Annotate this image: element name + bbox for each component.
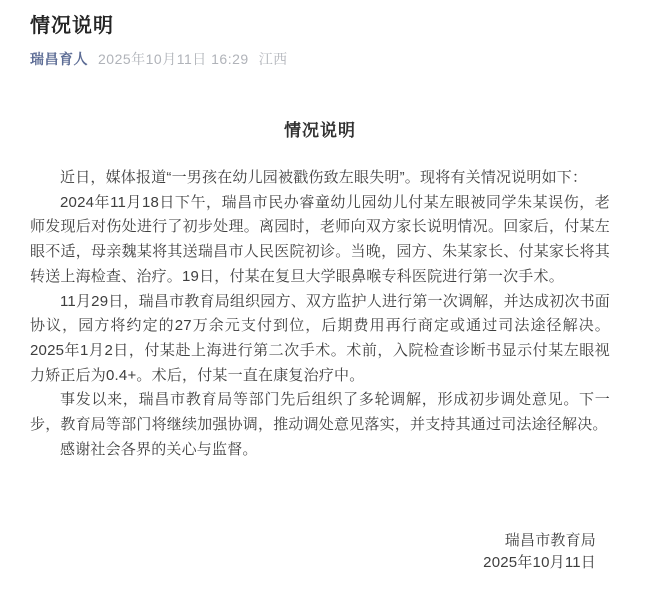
article-paragraph: 2024年11月18日下午，瑞昌市民办睿童幼儿园幼儿付某左眼被同学朱某误伤，老师… xyxy=(30,191,610,290)
article-paragraph: 11月29日，瑞昌市教育局组织园方、双方监护人进行第一次调解，并达成初次书面协议… xyxy=(30,290,610,389)
article-header: 情况说明 瑞昌育人2025年10月11日 16:29江西 xyxy=(0,0,650,68)
signature-name: 瑞昌市教育局 xyxy=(30,530,596,552)
article-content: 情况说明 近日，媒体报道“一男孩在幼儿园被戳伤致左眼失明”。现将有关情况说明如下… xyxy=(30,119,610,574)
signature-block: 瑞昌市教育局 2025年10月11日 xyxy=(30,530,610,574)
article-paragraph: 近日，媒体报道“一男孩在幼儿园被戳伤致左眼失明”。现将有关情况说明如下： xyxy=(30,166,610,191)
article-title: 情况说明 xyxy=(30,119,610,143)
publish-location: 江西 xyxy=(259,51,288,67)
article-paragraph: 事发以来，瑞昌市教育局等部门先后组织了多轮调解，形成初步调处意见。下一步，教育局… xyxy=(30,388,610,437)
page-title: 情况说明 xyxy=(30,14,620,38)
publish-time: 2025年10月11日 16:29 xyxy=(98,51,249,67)
byline: 瑞昌育人2025年10月11日 16:29江西 xyxy=(30,51,620,68)
signature-date: 2025年10月11日 xyxy=(30,552,596,574)
author-link[interactable]: 瑞昌育人 xyxy=(30,51,88,67)
article-paragraph: 感谢社会各界的关心与监督。 xyxy=(30,438,610,463)
article-body: 近日，媒体报道“一男孩在幼儿园被戳伤致左眼失明”。现将有关情况说明如下： 202… xyxy=(30,166,610,462)
